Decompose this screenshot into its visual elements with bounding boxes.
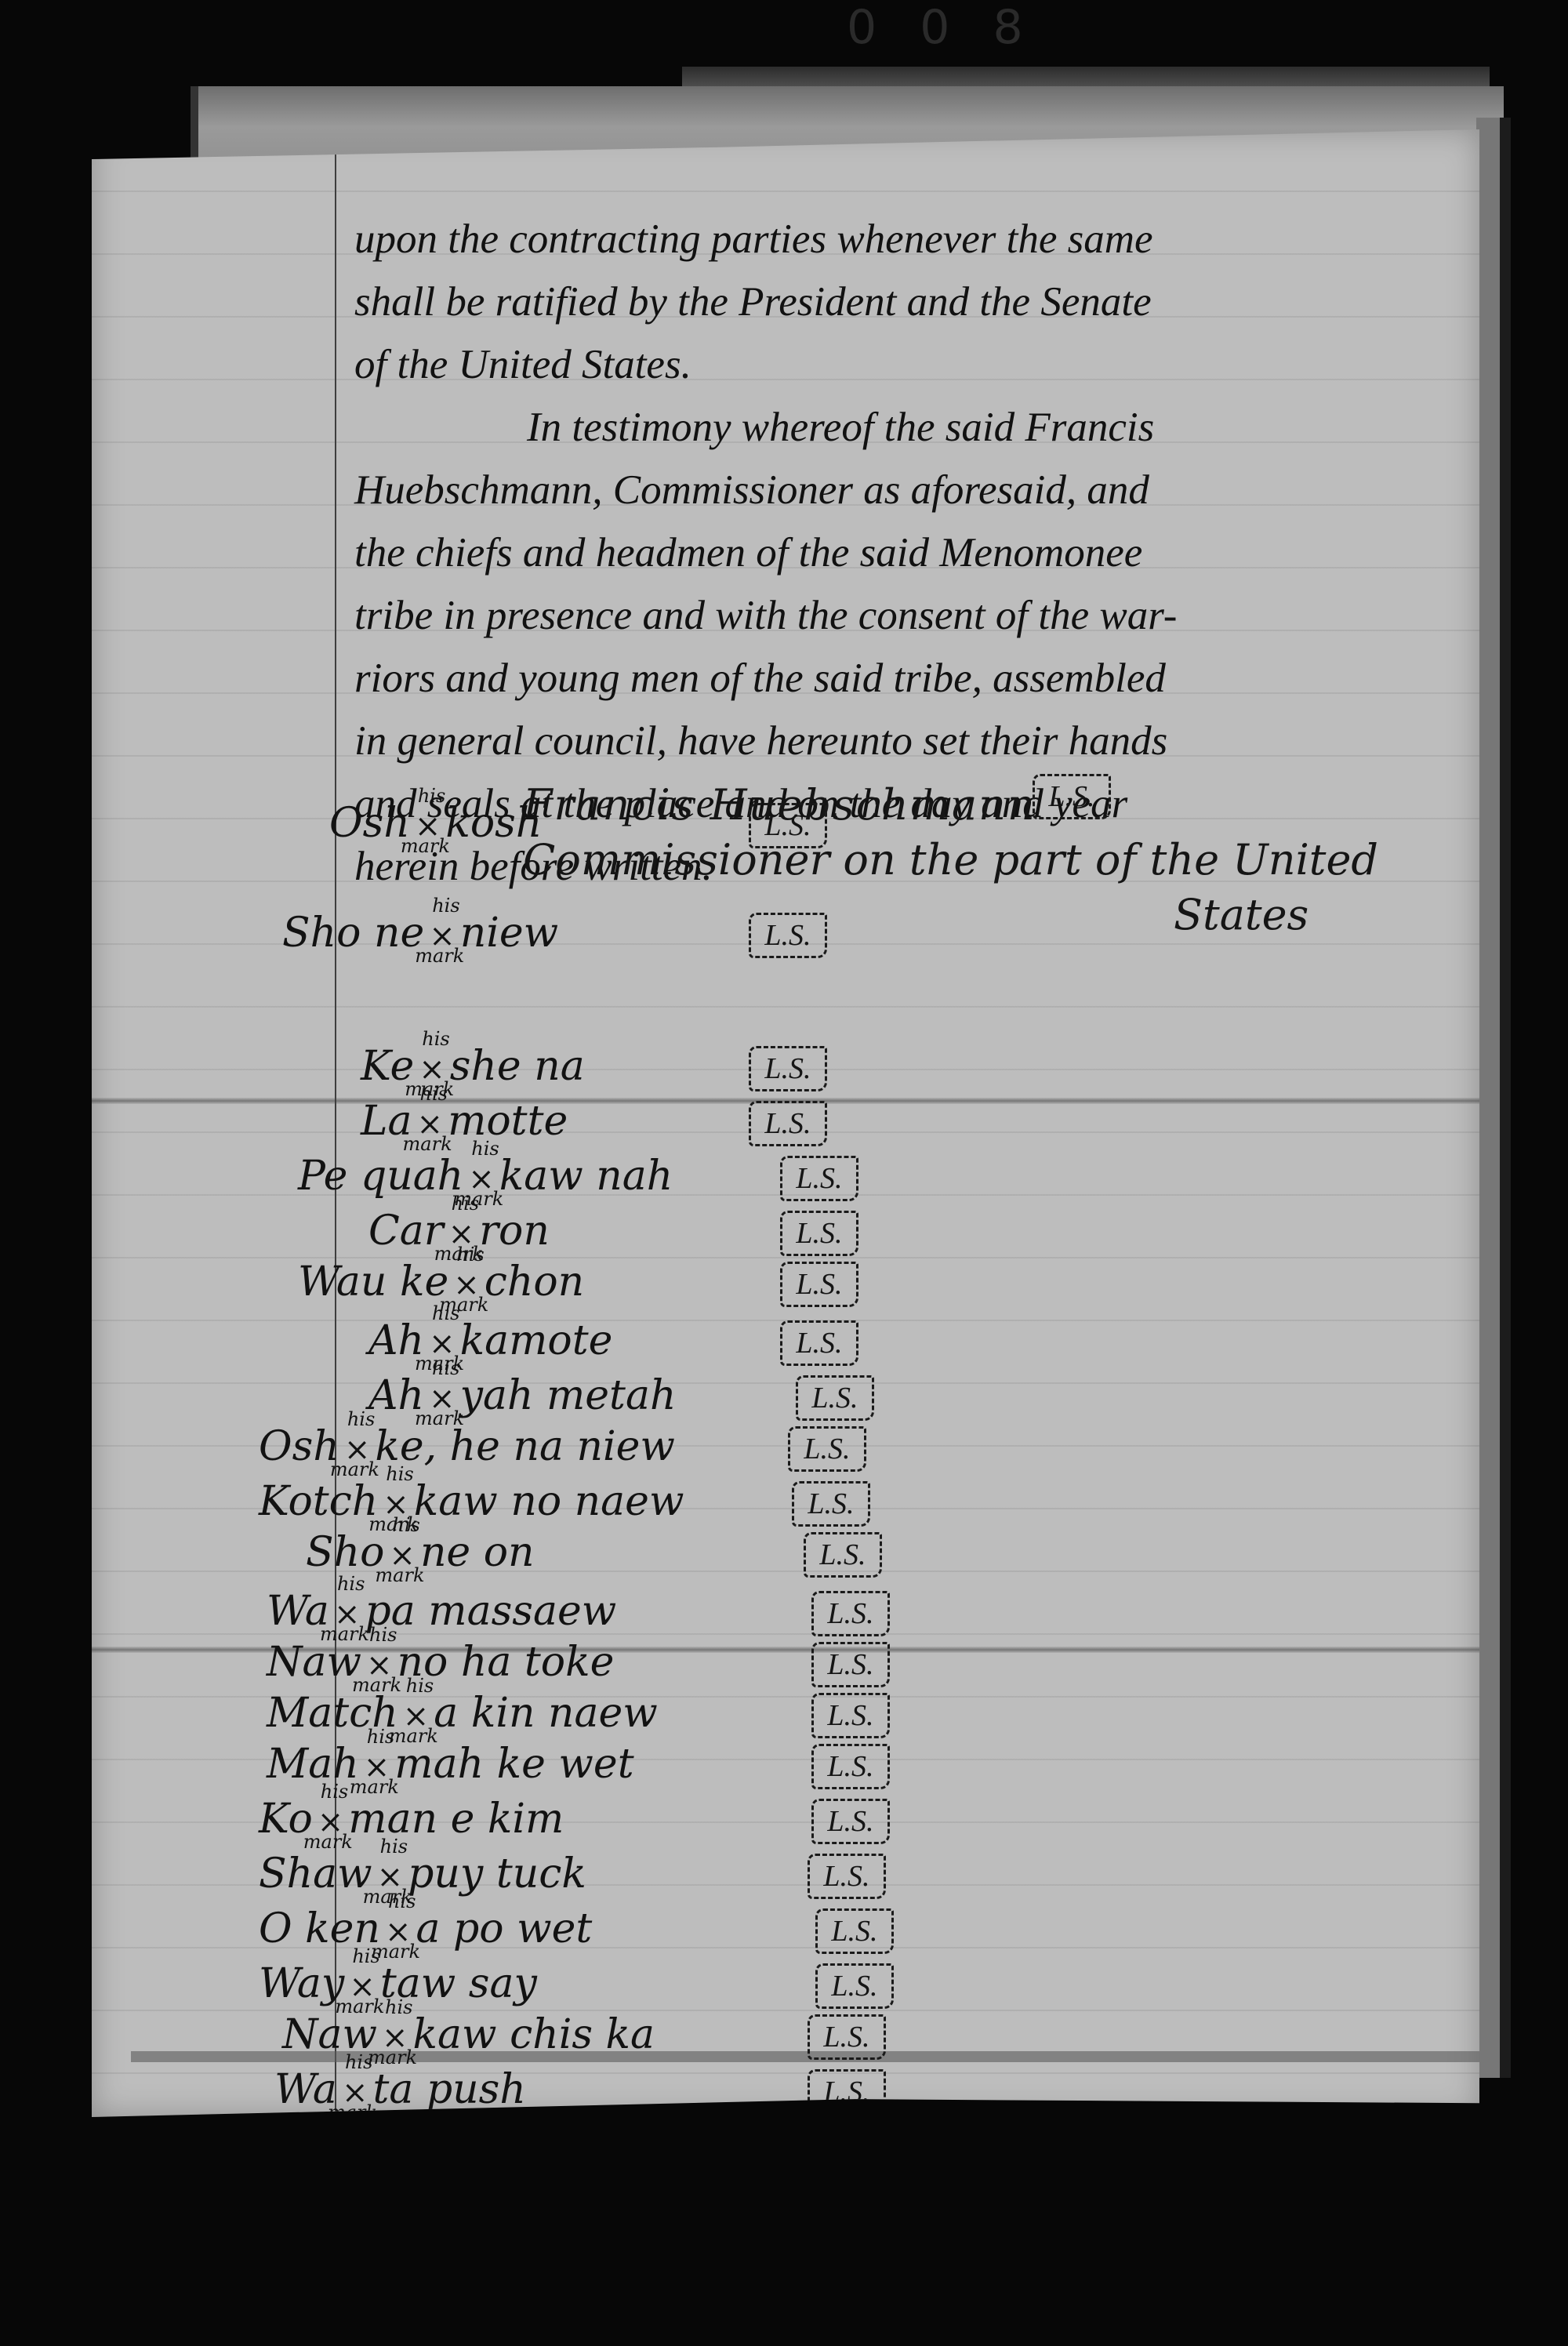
mark-label: mark — [368, 2046, 417, 2068]
his-label: his — [432, 1302, 459, 1324]
seal-icon: L.S. — [811, 1591, 890, 1636]
signatory-name-part: kosh — [445, 800, 542, 847]
signatory-row: Oshhis×markkosh — [329, 800, 542, 847]
signatory-row: Oshhis×markke, he na niew — [259, 1423, 675, 1470]
mark-label: mark — [328, 2101, 377, 2123]
signatory-row: Sho nehis×markniew — [282, 910, 558, 957]
body-line: Huebschmann, Commissioner as aforesaid, … — [354, 459, 1468, 521]
x-mark-icon: his×mark — [429, 1381, 456, 1417]
seal-icon: L.S. — [808, 1854, 886, 1899]
his-label: his — [367, 1726, 394, 1748]
frame-number: 0 0 8 — [847, 0, 1037, 55]
signatory-row: Kehis×markshe na — [361, 1043, 585, 1090]
his-label: his — [380, 1836, 408, 1858]
signatory-name-part: a po wet — [416, 1905, 592, 1952]
body-line: upon the contracting parties whenever th… — [354, 208, 1468, 271]
signatory-name-part: Car — [368, 1207, 444, 1255]
seal-icon: L.S. — [815, 1963, 894, 2009]
signatory-name-part: ke, he na niew — [375, 1423, 675, 1470]
signatory-row: Kotchhis×markkaw no naew — [259, 1478, 684, 1525]
signatory-row: Lahis×markmotte — [361, 1098, 568, 1145]
seal-icon: L.S. — [749, 1101, 827, 1146]
signatory-name-part: mah ke wet — [394, 1741, 633, 1788]
signatory-row: Pe quahhis×markkaw nah — [298, 1153, 673, 1200]
signatory-row: O kenhis×marka po wet — [259, 1905, 592, 1952]
his-label: his — [385, 1996, 412, 2018]
mark-label: mark — [303, 1831, 353, 1853]
mark-label: mark — [403, 1133, 452, 1155]
seal-icon: L.S. — [792, 1481, 870, 1527]
signatory-name-part: ta push — [372, 2066, 525, 2113]
x-mark-icon: his×mark — [417, 1106, 444, 1142]
seal-icon: L.S. — [815, 1908, 894, 1954]
mark-label: mark — [330, 1458, 379, 1480]
mark-label: mark — [350, 1776, 399, 1798]
signatory-name-part: Sho — [306, 1529, 384, 1576]
x-mark-icon: his×mark — [344, 1432, 371, 1468]
body-line: of the United States. — [354, 333, 1468, 396]
signatory-row: Wahis×markta push — [274, 2066, 526, 2113]
seal-icon: L.S. — [780, 1156, 858, 1201]
seal-icon: L.S. — [808, 2069, 886, 2115]
seal-icon: L.S. — [811, 1693, 890, 1738]
seal-icon: L.S. — [780, 1320, 858, 1366]
seal-icon: L.S. — [811, 1744, 890, 1789]
his-label: his — [406, 1675, 434, 1697]
microfilm-frame: 0 0 8 upon the contracting parties whene… — [0, 0, 1568, 2346]
mark-label: mark — [415, 945, 464, 967]
seal-icon: L.S. — [749, 803, 827, 848]
his-label: his — [432, 895, 459, 917]
seal-icon: L.S. — [811, 1642, 890, 1687]
his-label: his — [369, 1624, 397, 1646]
his-label: his — [352, 1945, 379, 1967]
seal-icon: L.S. — [811, 1799, 890, 1844]
signatory-name-part: ron — [479, 1207, 550, 1255]
x-mark-icon: his×mark — [318, 1804, 344, 1840]
commissioner-title: Commissioner on the part of the United — [523, 835, 1378, 884]
signatory-name-part: Way — [259, 1960, 344, 2007]
x-mark-icon: his×mark — [364, 1749, 390, 1785]
signatory-name-part: Shaw — [259, 1850, 372, 1897]
signatory-name-part: niew — [460, 910, 558, 957]
seal-icon: L.S. — [780, 1262, 858, 1307]
body-line: In testimony whereof the said Francis — [354, 396, 1468, 459]
x-mark-icon: his×mark — [453, 1267, 480, 1303]
seal-icon: L.S. — [796, 1375, 874, 1421]
signatory-name-part: Kotch — [259, 1478, 378, 1525]
his-label: his — [337, 1573, 365, 1595]
signatory-name-part: chon — [485, 1258, 584, 1306]
mark-label: mark — [375, 1564, 424, 1586]
his-label: his — [418, 785, 445, 807]
signatory-name-part: kaw no naew — [414, 1478, 684, 1525]
his-label: his — [422, 1028, 449, 1050]
signatory-row: Ahhis×markkamote — [368, 1317, 612, 1364]
signatory-name-part: Pe quah — [298, 1153, 463, 1200]
signatory-name-part: kamote — [460, 1317, 613, 1364]
back-sheet-right-edge — [1476, 118, 1511, 2078]
his-label: his — [345, 2051, 372, 2073]
signatory-row: Wau kehis×markchon — [298, 1258, 584, 1306]
body-line: in general council, have hereunto set th… — [354, 710, 1468, 772]
seal-icon: L.S. — [1033, 774, 1111, 819]
document-page: upon the contracting parties whenever th… — [92, 129, 1479, 2117]
signatory-name-part: pa massaew — [365, 1588, 616, 1635]
his-label: his — [347, 1408, 375, 1430]
x-mark-icon: his×mark — [334, 1596, 361, 1632]
signatory-row: Nawhis×markkaw chis ka — [282, 2011, 655, 2058]
signatory-name-part: Osh — [259, 1423, 339, 1470]
signatory-row: Kohis×markman e kim — [259, 1796, 564, 1843]
his-label: his — [388, 1890, 416, 1912]
signatory-name-part: motte — [448, 1098, 568, 1145]
signatory-name-part: ne on — [420, 1529, 535, 1576]
signatory-row: Shohis×markne on — [306, 1529, 535, 1576]
his-label: his — [392, 1514, 419, 1536]
x-mark-icon: his×mark — [382, 2020, 408, 2056]
seal-icon: L.S. — [804, 1532, 882, 1578]
signatory-row: Nawhis×markno ha toke — [267, 1639, 614, 1686]
body-line: shall be ratified by the President and t… — [354, 271, 1468, 333]
his-label: his — [420, 1083, 448, 1105]
signatory-name-part: she na — [450, 1043, 585, 1090]
his-label: his — [471, 1138, 499, 1160]
x-mark-icon: his×mark — [385, 1914, 412, 1950]
x-mark-icon: his×mark — [429, 918, 456, 954]
his-label: his — [456, 1244, 484, 1266]
signatory-name-part: yah metah — [460, 1372, 677, 1419]
body-line: tribe in presence and with the consent o… — [354, 584, 1468, 647]
x-mark-icon: his×mark — [389, 1538, 416, 1574]
x-mark-icon: his×mark — [342, 2075, 368, 2111]
signatory-name-part: puy tuck — [408, 1850, 586, 1897]
signatory-name-part: Wau ke — [298, 1258, 448, 1306]
seal-icon: L.S. — [788, 1426, 866, 1472]
his-label: his — [452, 1193, 479, 1215]
his-label: his — [321, 1781, 348, 1803]
his-label: his — [432, 1357, 459, 1379]
signatory-row: Shawhis×markpuy tuck — [259, 1850, 586, 1897]
signatory-name-part: a kin naew — [434, 1690, 657, 1737]
body-line: the chiefs and headmen of the said Menom… — [354, 521, 1468, 584]
signatory-row: Wahis×markpa massaew — [267, 1588, 616, 1635]
body-line: riors and young men of the said tribe, a… — [354, 647, 1468, 710]
mark-label: mark — [401, 835, 450, 857]
seal-icon: L.S. — [808, 2014, 886, 2060]
signatory-name-part: Sho ne — [282, 910, 424, 957]
signatory-name-part: Naw — [267, 1639, 361, 1686]
x-mark-icon: his×mark — [403, 1698, 430, 1734]
seal-icon: L.S. — [749, 1046, 827, 1091]
x-mark-icon: his×mark — [349, 1969, 376, 2005]
signatory-name-part: Osh — [329, 800, 410, 847]
x-mark-icon: his×mark — [415, 808, 441, 844]
seal-icon: L.S. — [780, 1211, 858, 1256]
commissioner-title-cont: States — [1174, 890, 1308, 939]
signatory-name-part: kaw nah — [499, 1153, 673, 1200]
seal-icon: L.S. — [749, 913, 827, 958]
x-mark-icon: his×mark — [366, 1647, 393, 1683]
signatory-row: Matchhis×marka kin naew — [267, 1690, 658, 1737]
his-label: his — [386, 1463, 413, 1485]
signatory-row: Ahhis×markyah metah — [368, 1372, 676, 1419]
signatory-name-part: kaw chis ka — [413, 2011, 655, 2058]
